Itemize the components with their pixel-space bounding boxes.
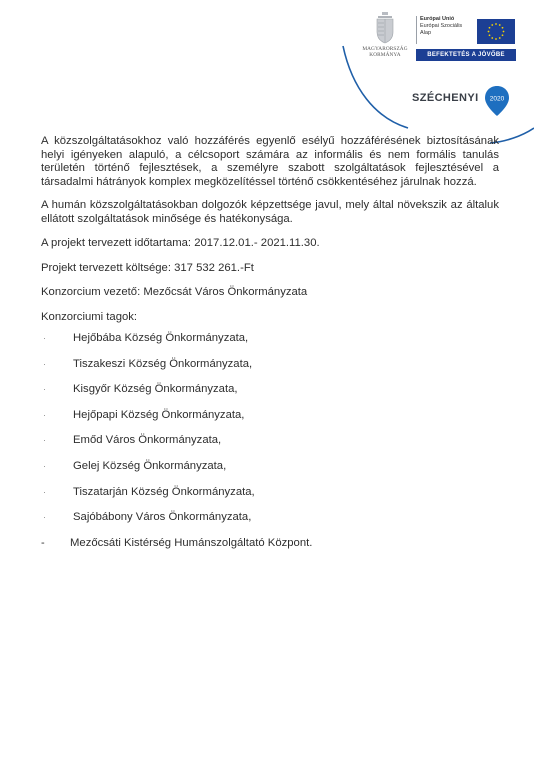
member-name: Gelej Község Önkormányzata,	[73, 460, 226, 474]
list-item: ·Gelej Község Önkormányzata,	[41, 460, 499, 486]
members-heading: Konzorciumi tagok:	[41, 311, 499, 325]
member-name: Emőd Város Önkormányzata,	[73, 434, 221, 448]
bullet-icon: ·	[43, 486, 46, 500]
bullet-icon: ·	[43, 511, 46, 525]
bullet-icon: ·	[43, 460, 46, 474]
eu-logo-line3: Alap	[420, 30, 462, 37]
list-item: ·Tiszatarján Község Önkormányzata,	[41, 486, 499, 512]
member-name: Kisgyőr Község Önkormányzata,	[73, 383, 238, 397]
bullet-icon: ·	[43, 332, 46, 346]
szechenyi-label: SZÉCHENYI	[412, 92, 479, 104]
member-name: Sajóbábony Város Önkormányzata,	[73, 511, 251, 525]
list-item: ·Emőd Város Önkormányzata,	[41, 434, 499, 460]
paragraph-human-services: A humán közszolgáltatásokban dolgozók ké…	[41, 199, 499, 226]
location-pin-icon: 2020	[484, 85, 510, 117]
svg-text:2020: 2020	[490, 96, 505, 103]
eu-logo-divider	[416, 16, 417, 44]
hungarian-coat-of-arms-icon	[374, 12, 396, 44]
project-cost: Projekt tervezett költsége: 317 532 261.…	[41, 262, 499, 276]
list-item: ·Hejőpapi Község Önkormányzata,	[41, 409, 499, 435]
member-name: Tiszakeszi Község Önkormányzata,	[73, 358, 252, 372]
eu-flag-icon	[477, 19, 515, 44]
list-item: ·Hejőbába Község Önkormányzata,	[41, 332, 499, 358]
list-item: -Mezőcsáti Kistérség Humánszolgáltató Kö…	[41, 537, 499, 563]
bullet-icon: ·	[43, 383, 46, 397]
dash-icon: -	[41, 537, 45, 551]
member-name: Tiszatarján Község Önkormányzata,	[73, 486, 255, 500]
project-duration: A projekt tervezett időtartama: 2017.12.…	[41, 237, 499, 251]
consortium-members-list: ·Hejőbába Község Önkormányzata, ·Tiszake…	[41, 332, 499, 562]
consortium-leader: Konzorcium vezető: Mezőcsát Város Önkorm…	[41, 286, 499, 300]
bullet-icon: ·	[43, 409, 46, 423]
member-name: Mezőcsáti Kistérség Humánszolgáltató Köz…	[70, 537, 312, 551]
eu-logo-line1: Európai Unió	[420, 16, 462, 23]
document-body: A közszolgáltatásokhoz való hozzáférés e…	[41, 135, 499, 562]
gov-logo-line2: KORMÁNYA	[357, 52, 413, 58]
eu-banner: BEFEKTETÉS A JÖVŐBE	[416, 49, 516, 61]
eu-logo-line2: Európai Szociális	[420, 23, 462, 30]
bullet-icon: ·	[43, 434, 46, 448]
list-item: ·Kisgyőr Község Önkormányzata,	[41, 383, 499, 409]
member-name: Hejőbába Község Önkormányzata,	[73, 332, 248, 346]
list-item: ·Tiszakeszi Község Önkormányzata,	[41, 358, 499, 384]
member-name: Hejőpapi Község Önkormányzata,	[73, 409, 244, 423]
bullet-icon: ·	[43, 358, 46, 372]
eu-logo: Európai Unió Európai Szociális Alap BEFE…	[416, 14, 518, 66]
hungarian-government-logo: MAGYARORSZÁG KORMÁNYA	[357, 12, 413, 68]
paragraph-access: A közszolgáltatásokhoz való hozzáférés e…	[41, 135, 499, 189]
list-item: ·Sajóbábony Város Önkormányzata,	[41, 511, 499, 537]
